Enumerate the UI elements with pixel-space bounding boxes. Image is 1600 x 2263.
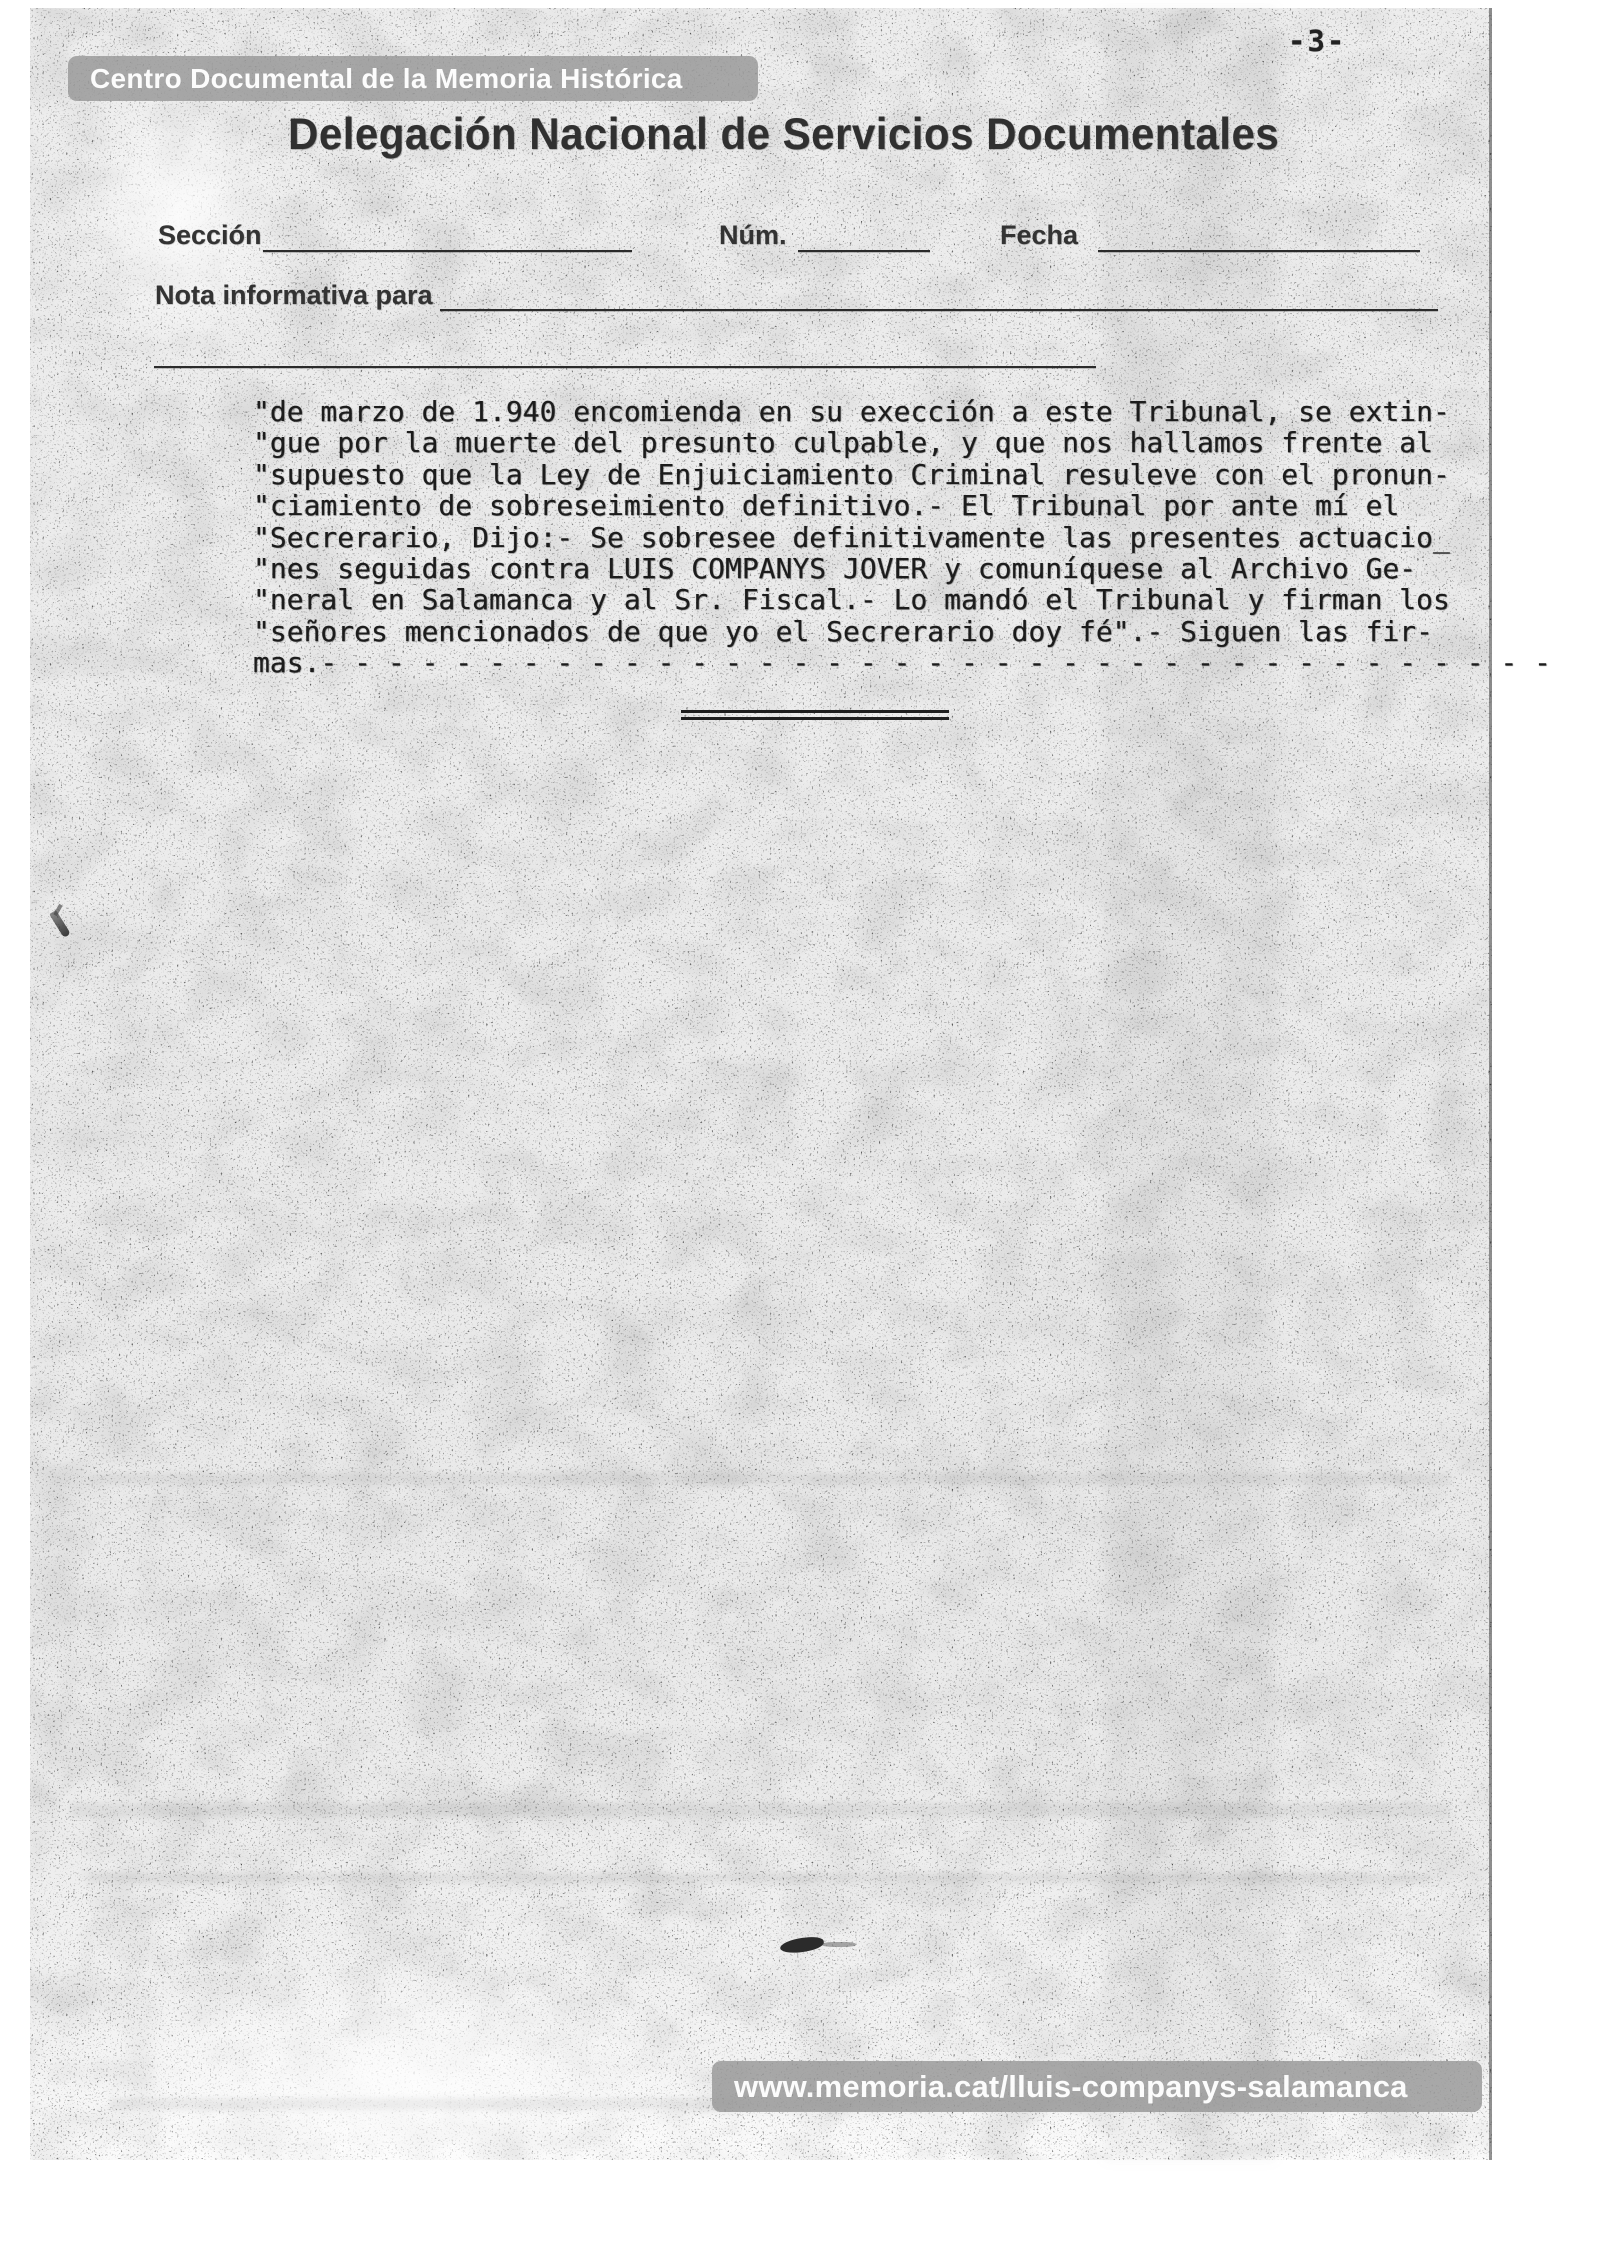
page-number: -3- [1288,24,1346,58]
scan-light-patch [70,68,290,368]
archive-banner-label: Centro Documental de la Memoria Históric… [90,63,683,94]
typewritten-line: "señores mencionados de que yo el Secrer… [253,616,1473,647]
num-label: Núm. [719,220,787,251]
typewritten-line: "gue por la muerte del presunto culpable… [253,427,1473,458]
closing-double-rule [681,710,949,720]
fecha-underline [1098,250,1420,252]
scanned-page [30,8,1492,2160]
typewritten-paragraph: "de marzo de 1.940 encomienda en su exec… [253,396,1473,679]
num-underline [798,250,930,252]
seccion-label: Sección [158,220,262,251]
nota-underline-2 [154,366,1096,368]
nota-label: Nota informativa para [155,280,433,311]
website-banner-label: www.memoria.cat/lluis-companys-salamanca [734,2069,1408,2104]
fecha-label: Fecha [1000,220,1078,251]
scan-dark-band [1105,8,1275,2160]
ink-smudge-tail [822,1942,856,1947]
scan-edge-shadow [1489,8,1492,2160]
document-title: Delegación Nacional de Servicios Documen… [288,109,1348,160]
typewritten-line: "de marzo de 1.940 encomienda en su exec… [253,396,1473,427]
scan-light-patch-bottom [50,1958,750,2218]
typewritten-line: "neral en Salamanca y al Sr. Fiscal.- Lo… [253,584,1473,615]
typewritten-line: "nes seguidas contra LUIS COMPANYS JOVER… [253,553,1473,584]
typewritten-line: "ciamiento de sobreseimiento definitivo.… [253,490,1473,521]
typewritten-line: mas.- - - - - - - - - - - - - - - - - - … [253,647,1473,678]
website-banner: www.memoria.cat/lluis-companys-salamanca [712,2061,1482,2112]
seccion-underline [263,250,632,252]
typewritten-line: "Secrerario, Dijo:- Se sobresee definiti… [253,522,1473,553]
nota-underline [440,309,1438,311]
archive-banner: Centro Documental de la Memoria Históric… [68,56,758,101]
typewritten-line: "supuesto que la Ley de Enjuiciamiento C… [253,459,1473,490]
